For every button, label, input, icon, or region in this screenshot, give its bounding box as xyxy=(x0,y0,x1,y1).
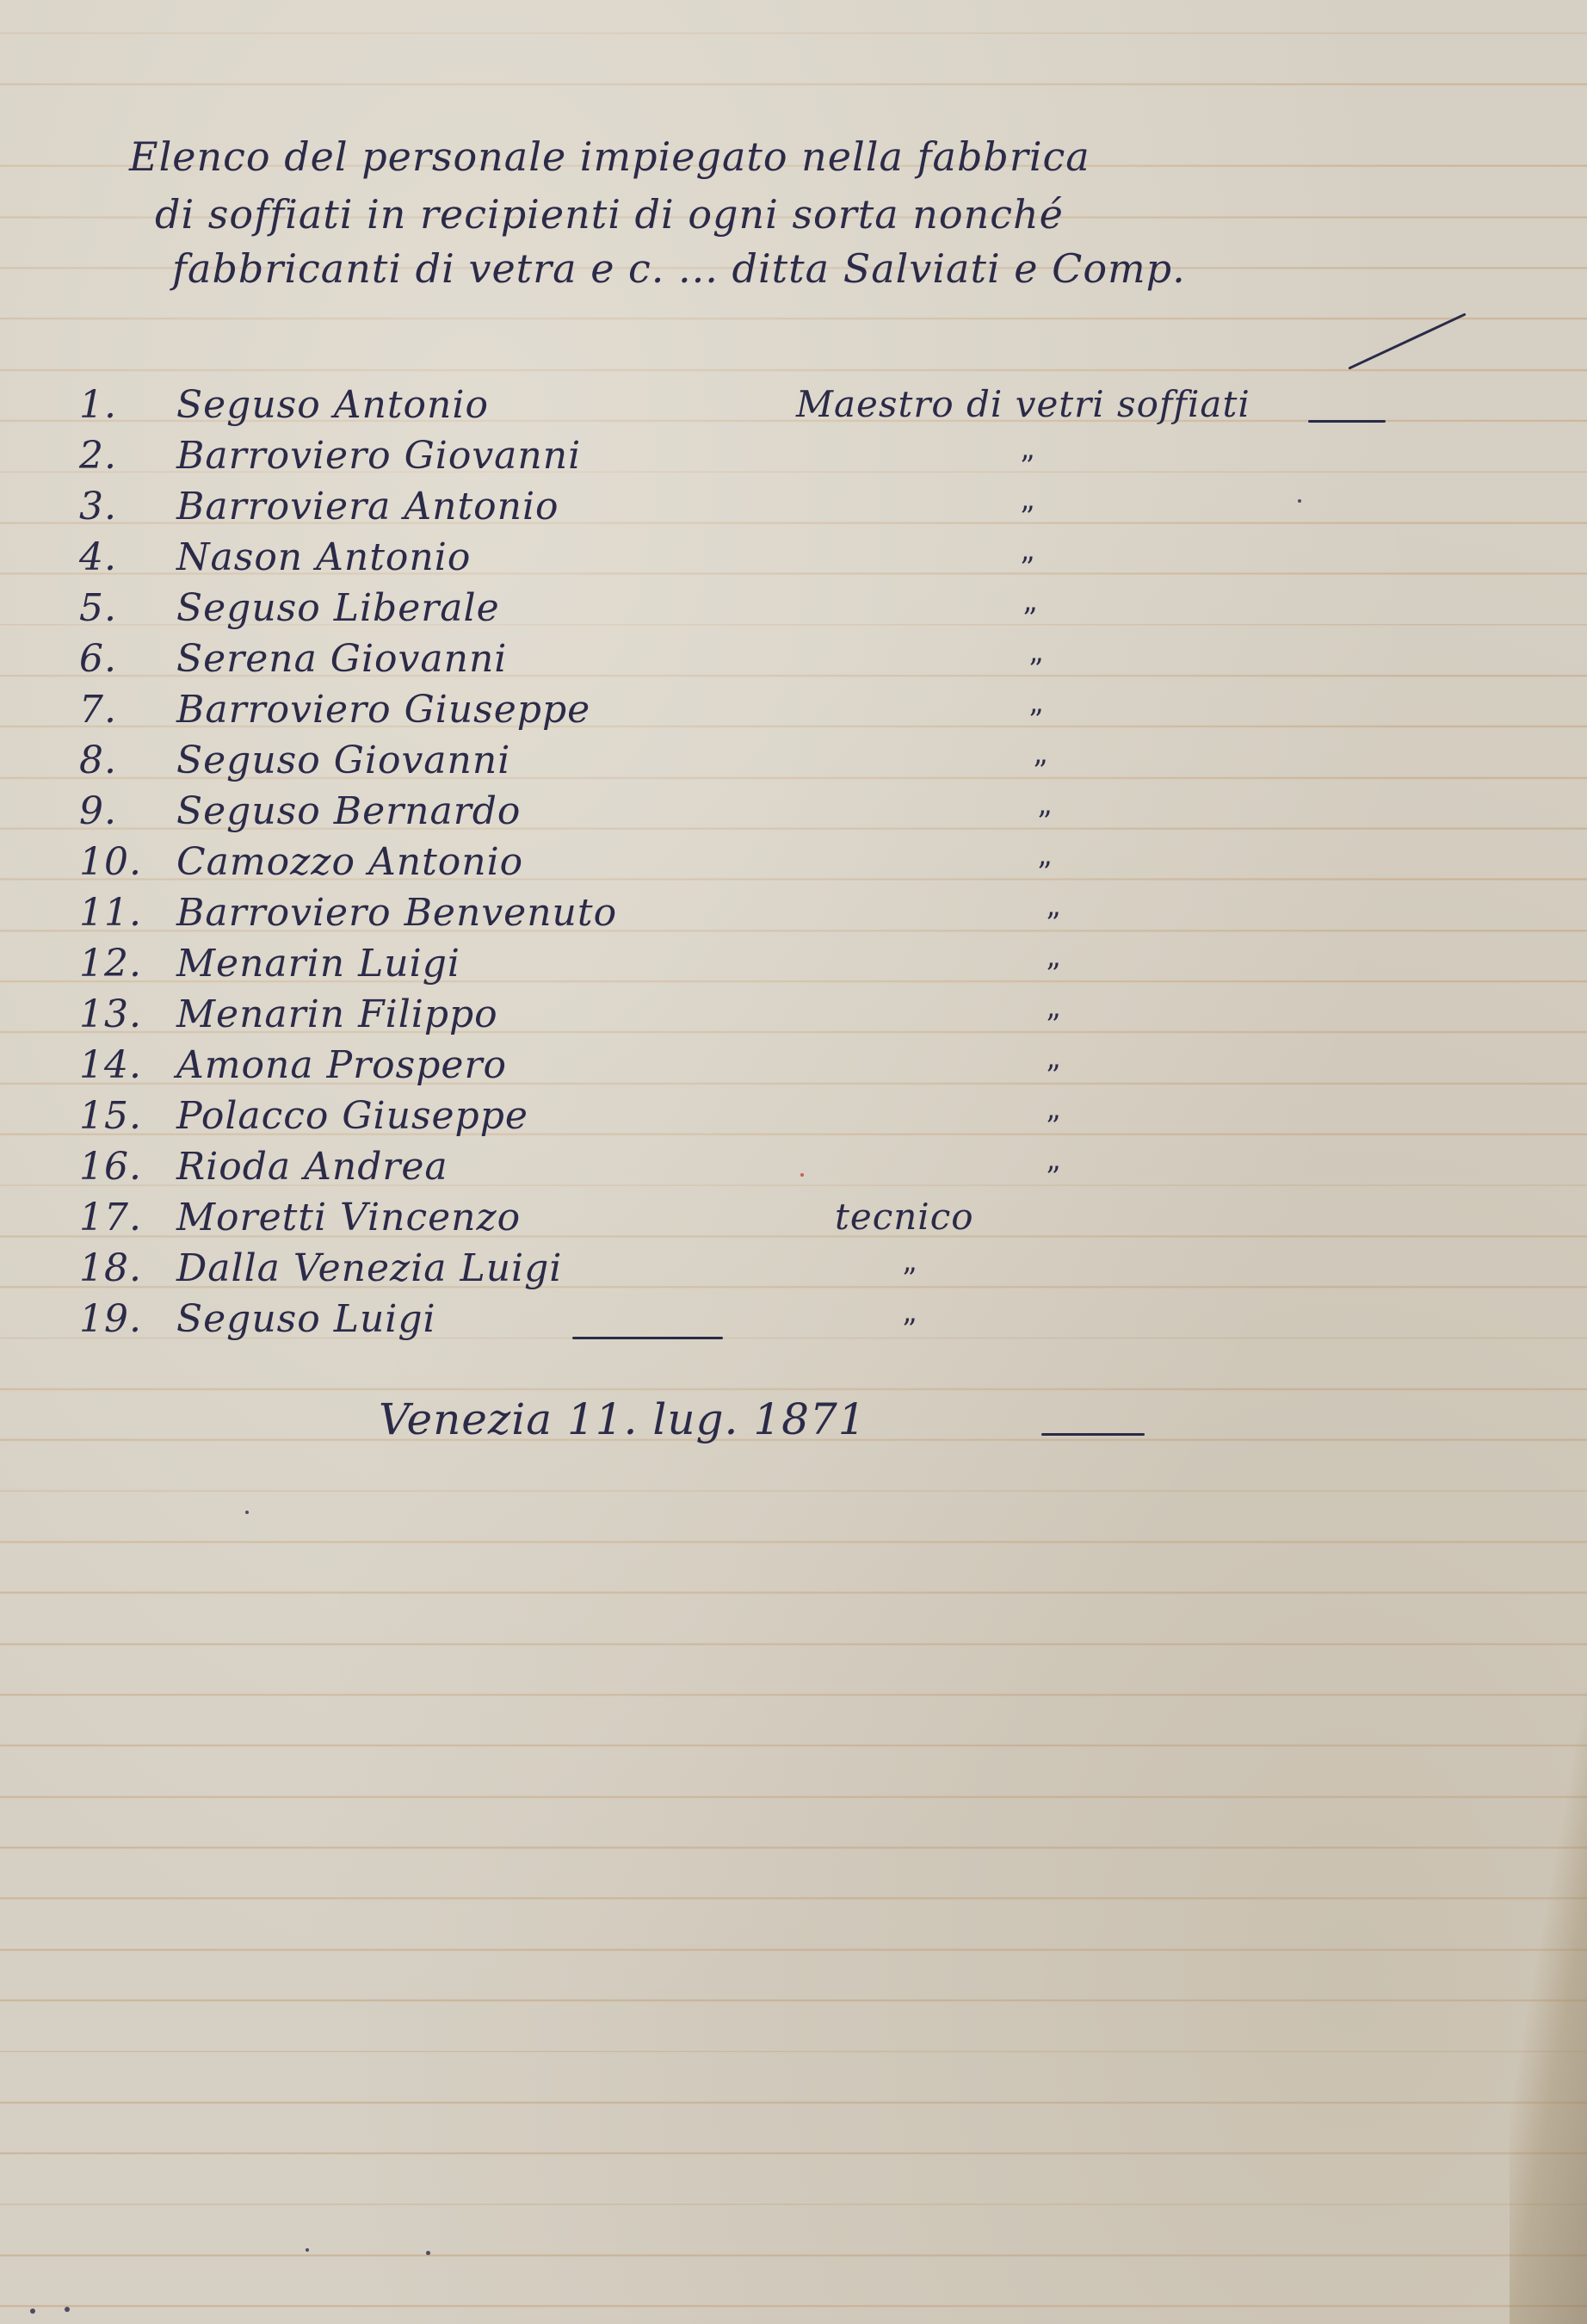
entry-number: 12. xyxy=(79,942,142,986)
ink-speck xyxy=(426,2251,430,2255)
entry-row: 17. Moretti Vincenzo tecnico xyxy=(0,1196,1587,1246)
entry-row: 3. Barroviera Antonio ” xyxy=(0,485,1587,535)
entry-role: Maestro di vetri soffiati xyxy=(796,383,1250,425)
ditto-mark: ” xyxy=(902,1313,917,1347)
ditto-mark: ” xyxy=(1046,1008,1061,1042)
entry-row: 13. Menarin Filippo ” xyxy=(0,992,1587,1043)
entry-row: 12. Menarin Luigi ” xyxy=(0,942,1587,992)
manuscript-page: Elenco del personale impiegato nella fab… xyxy=(0,0,1587,2324)
ditto-mark: ” xyxy=(902,1262,917,1296)
entry-row: 16. Rioda Andrea ” xyxy=(0,1145,1587,1196)
entry-name: Seguso Giovanni xyxy=(176,739,510,782)
entry-number: 17. xyxy=(79,1196,142,1239)
entry-name: Menarin Filippo xyxy=(176,992,498,1036)
ditto-mark: ” xyxy=(1037,856,1053,890)
entry-name: Rioda Andrea xyxy=(176,1145,448,1189)
ditto-mark: ” xyxy=(1033,754,1048,788)
ditto-mark: ” xyxy=(1020,449,1035,484)
ditto-mark: ” xyxy=(1022,602,1038,636)
heading-line-3: fabbricanti di vetra e c. ... ditta Salv… xyxy=(172,245,1186,292)
entry-row: 5. Seguso Liberale ” xyxy=(0,586,1587,637)
entry-row: 6. Serena Giovanni ” xyxy=(0,637,1587,688)
entry-number: 6. xyxy=(79,637,117,681)
entry-row: 10. Camozzo Antonio ” xyxy=(0,840,1587,891)
entry-number: 19. xyxy=(79,1297,142,1341)
entry-name: Moretti Vincenzo xyxy=(176,1196,521,1239)
ditto-mark: ” xyxy=(1028,703,1044,738)
ditto-mark: ” xyxy=(1020,500,1035,535)
ink-speck xyxy=(1298,499,1301,503)
ditto-mark: ” xyxy=(1046,1059,1061,1093)
entry-row: 11. Barroviero Benvenuto ” xyxy=(0,891,1587,942)
place-date: Venezia 11. lug. 1871 xyxy=(379,1394,867,1444)
entry-number: 10. xyxy=(79,840,142,884)
entry-number: 2. xyxy=(79,434,117,478)
filler-stroke xyxy=(572,1337,723,1339)
role-underline xyxy=(1308,420,1386,423)
entry-number: 9. xyxy=(79,789,117,833)
entry-number: 8. xyxy=(79,739,117,782)
paper-edge-wear xyxy=(1510,1678,1587,2324)
entry-name: Camozzo Antonio xyxy=(176,840,523,884)
ink-speck xyxy=(30,2309,35,2314)
ditto-mark: ” xyxy=(1046,1160,1061,1195)
entry-number: 13. xyxy=(79,992,142,1036)
ink-speck xyxy=(306,2248,309,2252)
ink-speck xyxy=(65,2307,70,2312)
entry-row: 4. Nason Antonio ” xyxy=(0,535,1587,586)
ditto-mark: ” xyxy=(1046,957,1061,992)
entry-name: Barroviero Giuseppe xyxy=(176,688,590,732)
entry-name: Nason Antonio xyxy=(176,535,471,579)
entry-number: 11. xyxy=(79,891,142,935)
entry-number: 5. xyxy=(79,586,117,630)
entry-number: 15. xyxy=(79,1094,142,1138)
ditto-mark: ” xyxy=(1020,551,1035,585)
entry-name: Seguso Liberale xyxy=(176,586,500,630)
heading-line-1: Elenco del personale impiegato nella fab… xyxy=(129,133,1090,180)
ditto-mark: ” xyxy=(1037,805,1053,839)
heading-flourish xyxy=(1348,312,1466,369)
entry-name: Barroviero Benvenuto xyxy=(176,891,617,935)
entry-name: Seguso Bernardo xyxy=(176,789,521,833)
entry-row: 8. Seguso Giovanni ” xyxy=(0,739,1587,789)
entry-row: 19. Seguso Luigi ” xyxy=(0,1297,1587,1348)
heading-line-2: di soffiati in recipienti di ogni sorta … xyxy=(155,191,1064,238)
entry-row: 1. Seguso Antonio Maestro di vetri soffi… xyxy=(0,383,1587,434)
entry-name: Serena Giovanni xyxy=(176,637,507,681)
ditto-mark: ” xyxy=(1028,652,1044,687)
entry-role: tecnico xyxy=(835,1196,974,1238)
entry-row: 15. Polacco Giuseppe ” xyxy=(0,1094,1587,1145)
entry-name: Seguso Luigi xyxy=(176,1297,436,1341)
entry-name: Barroviero Giovanni xyxy=(176,434,581,478)
entry-number: 14. xyxy=(79,1043,142,1087)
entry-name: Seguso Antonio xyxy=(176,383,489,427)
ink-speck xyxy=(800,1173,804,1177)
entry-row: 9. Seguso Bernardo ” xyxy=(0,789,1587,840)
entry-number: 16. xyxy=(79,1145,142,1189)
entry-number: 3. xyxy=(79,485,117,528)
entry-row: 18. Dalla Venezia Luigi ” xyxy=(0,1246,1587,1297)
entry-number: 4. xyxy=(79,535,117,579)
ditto-mark: ” xyxy=(1046,906,1061,941)
entry-row: 7. Barroviero Giuseppe ” xyxy=(0,688,1587,739)
entry-name: Menarin Luigi xyxy=(176,942,460,986)
ink-speck xyxy=(245,1511,249,1514)
entry-number: 1. xyxy=(79,383,117,427)
entry-row: 14. Amona Prospero ” xyxy=(0,1043,1587,1094)
ditto-mark: ” xyxy=(1046,1109,1061,1144)
entry-name: Polacco Giuseppe xyxy=(176,1094,528,1138)
entry-name: Dalla Venezia Luigi xyxy=(176,1246,562,1290)
entry-name: Amona Prospero xyxy=(176,1043,507,1087)
entry-row: 2. Barroviero Giovanni ” xyxy=(0,434,1587,485)
entry-name: Barroviera Antonio xyxy=(176,485,559,528)
date-flourish xyxy=(1041,1433,1145,1436)
entry-number: 7. xyxy=(79,688,117,732)
entry-number: 18. xyxy=(79,1246,142,1290)
